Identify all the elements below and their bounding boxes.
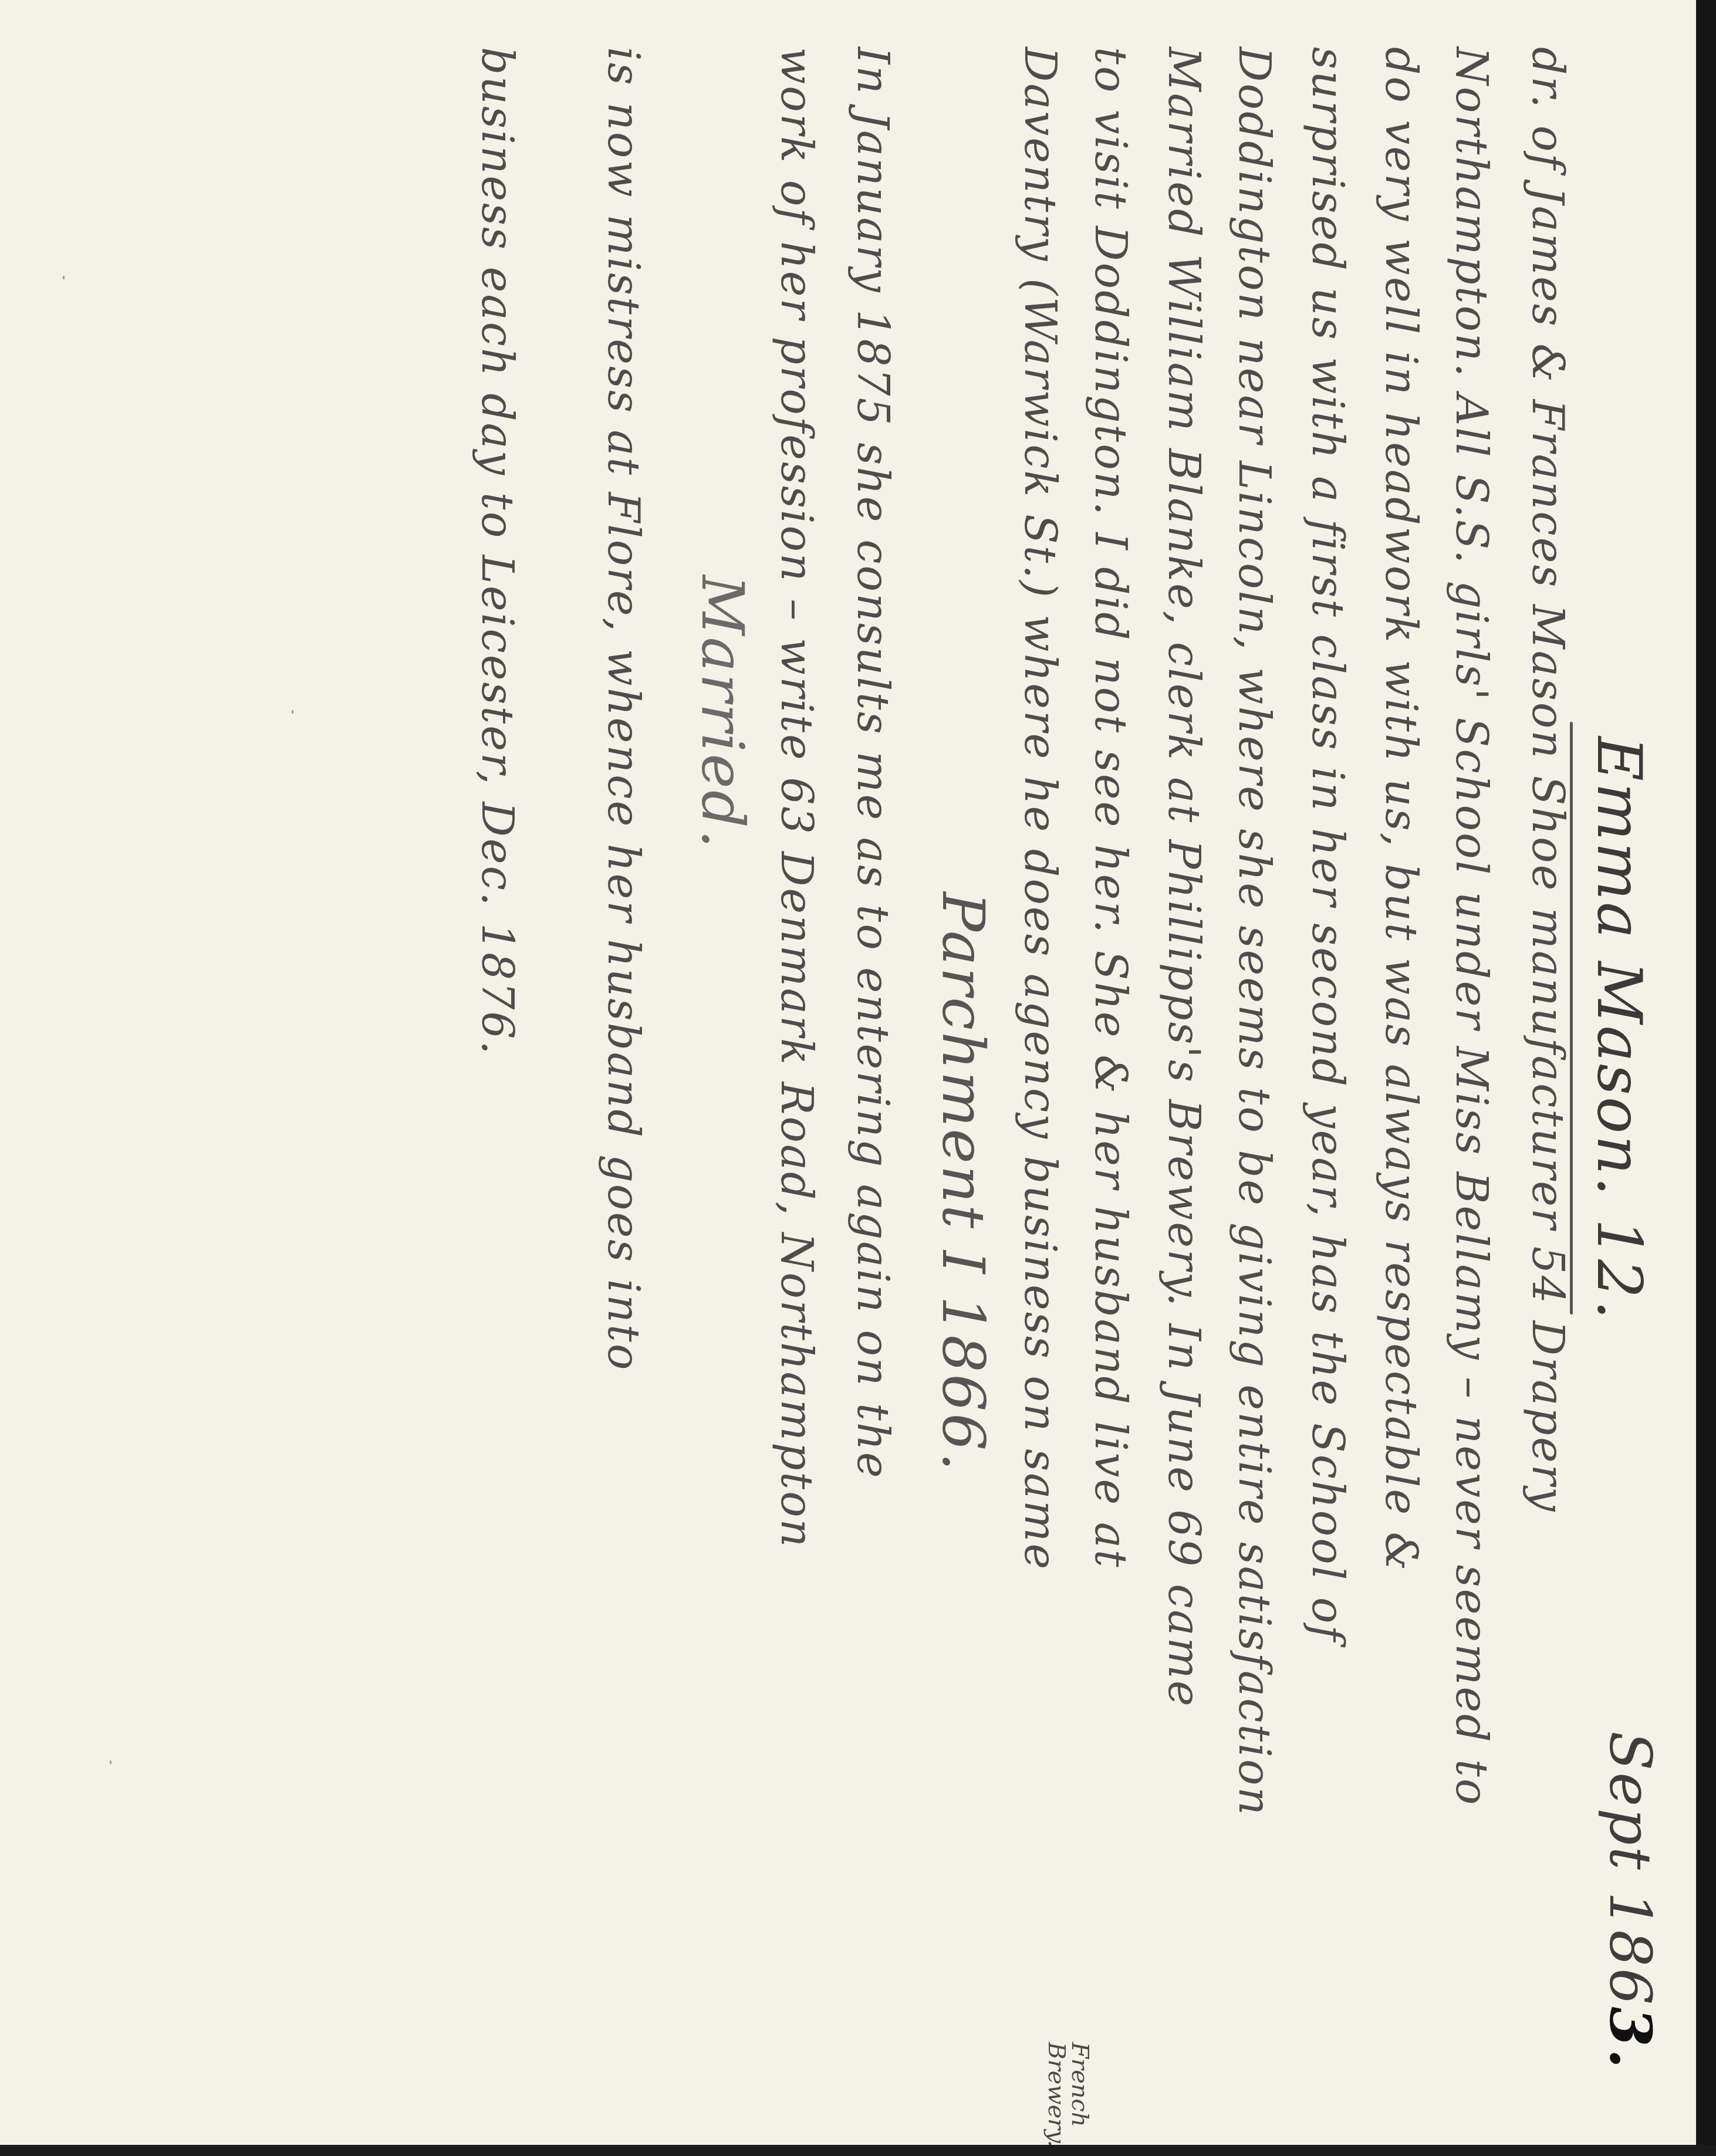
entry-date-last-digit: 3.: [1596, 2006, 1664, 2070]
entry-title: Emma Mason. 12.: [1583, 736, 1655, 1321]
entry-date: Sept 1863.: [1596, 1731, 1664, 2070]
insertion-note-line-1: French: [1068, 2042, 1092, 2147]
text-line-9: In January 1875 she consults me as to en…: [847, 47, 898, 1479]
text-line-12: business each day to Leicester, Dec. 187…: [472, 47, 522, 1056]
insertion-note-line-2: Brewery.: [1045, 2042, 1068, 2147]
scan-border-right: [1696, 0, 1716, 2156]
text-line-4: surprised us with a first class in her s…: [1302, 47, 1353, 1643]
insertion-note: French Brewery.: [1045, 2042, 1092, 2147]
parchment-heading: Parchment I 1866.: [929, 892, 998, 1473]
text-line-8: Daventry (Warwick St.) where he does age…: [1015, 47, 1065, 1571]
text-line-2: Northampton. All S.S. girls' School unde…: [1446, 47, 1497, 1806]
text-line-1: dr. of James & Frances Mason Shoe manufa…: [1522, 47, 1573, 1513]
text-line-3: do very well in headwork with us, but wa…: [1376, 47, 1426, 1572]
paper-speck: [63, 276, 65, 279]
text-line-6: Married William Blanke, clerk at Phillip…: [1158, 47, 1209, 1708]
rotated-handwritten-note: Emma Mason. 12. Sept 1863. dr. of James …: [0, 0, 1696, 2145]
paper-speck: [292, 710, 293, 714]
text-line-10: work of her profession – write 63 Denmar…: [771, 47, 822, 1549]
text-line-11: is now mistress at Flore, whence her hus…: [598, 47, 648, 1371]
married-heading: Married.: [688, 575, 757, 850]
scan-border-bottom: [0, 2145, 1716, 2156]
paper-speck: [110, 1760, 112, 1764]
text-line-7: to visit Doddington. I did not see her. …: [1085, 47, 1136, 1569]
entry-date-text: Sept 186: [1596, 1731, 1663, 2006]
text-line-5: Doddington near Lincoln, where she seems…: [1229, 47, 1279, 1817]
